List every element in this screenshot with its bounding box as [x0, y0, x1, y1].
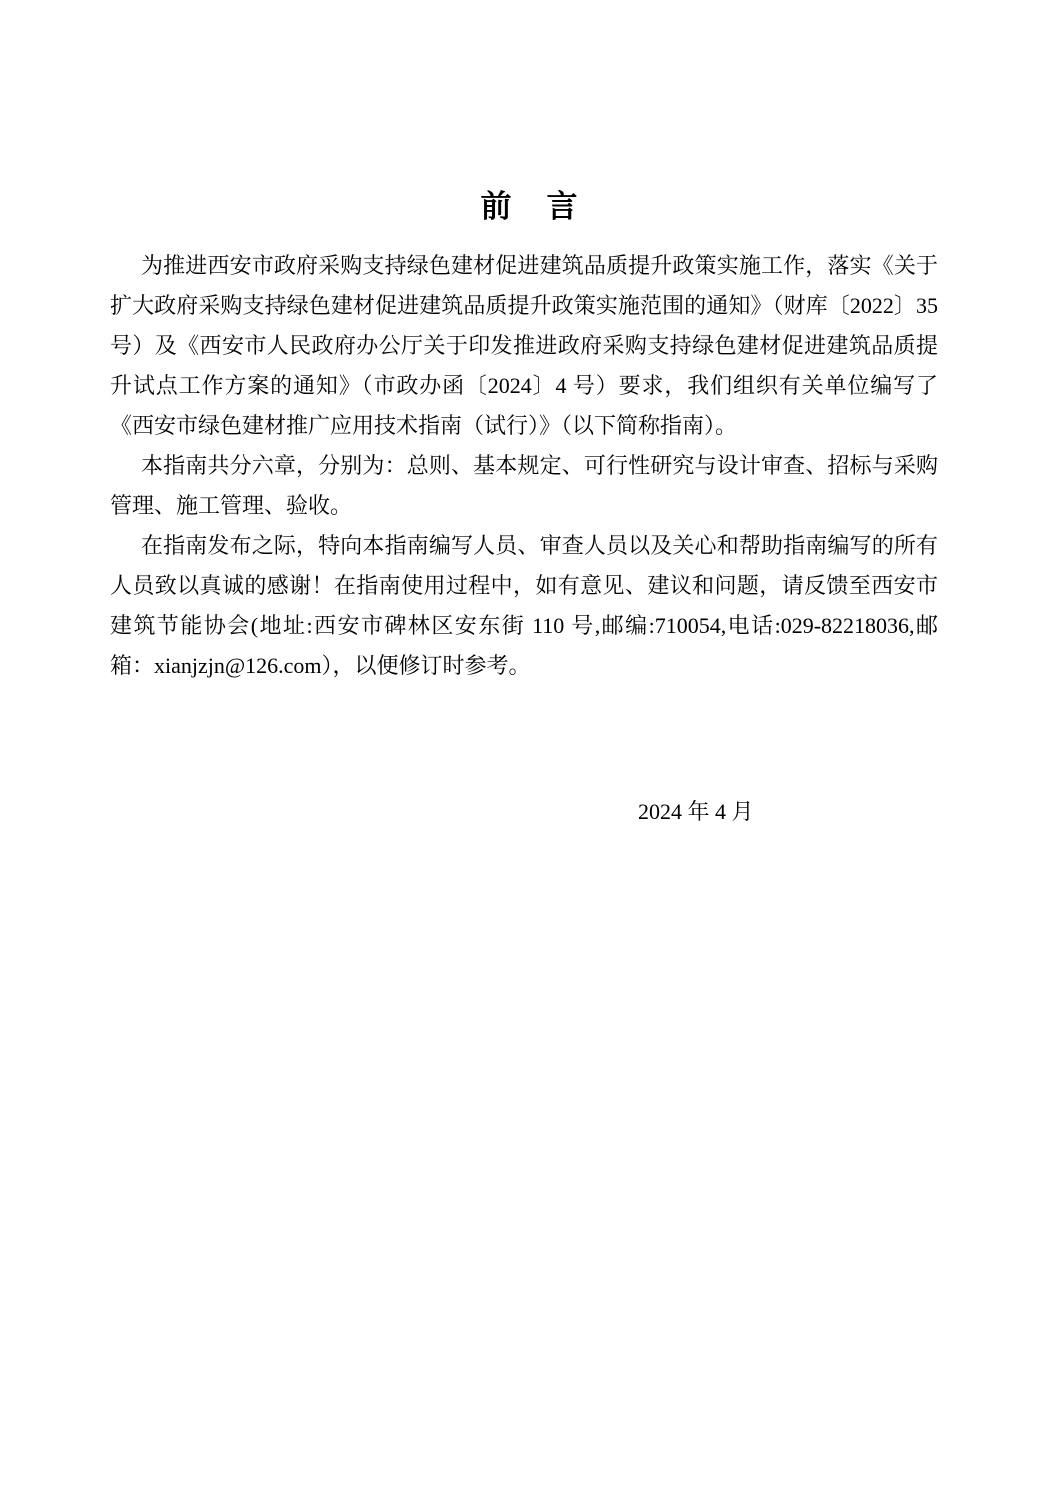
paragraph-intro: 为推进西安市政府采购支持绿色建材促进建筑品质提升政策实施工作，落实《关于扩大政府… [110, 246, 938, 446]
paragraph-acknowledgement: 在指南发布之际，特向本指南编写人员、审查人员以及关心和帮助指南编写的所有人员致以… [110, 526, 938, 686]
paragraph-chapters: 本指南共分六章，分别为：总则、基本规定、可行性研究与设计审查、招标与采购管理、施… [110, 446, 938, 526]
publication-date: 2024 年 4 月 [638, 799, 754, 825]
document-page: 前 言 为推进西安市政府采购支持绿色建材促进建筑品质提升政策实施工作，落实《关于… [0, 0, 1060, 1500]
page-title: 前 言 [0, 184, 1060, 230]
document-body: 为推进西安市政府采购支持绿色建材促进建筑品质提升政策实施工作，落实《关于扩大政府… [110, 246, 938, 686]
